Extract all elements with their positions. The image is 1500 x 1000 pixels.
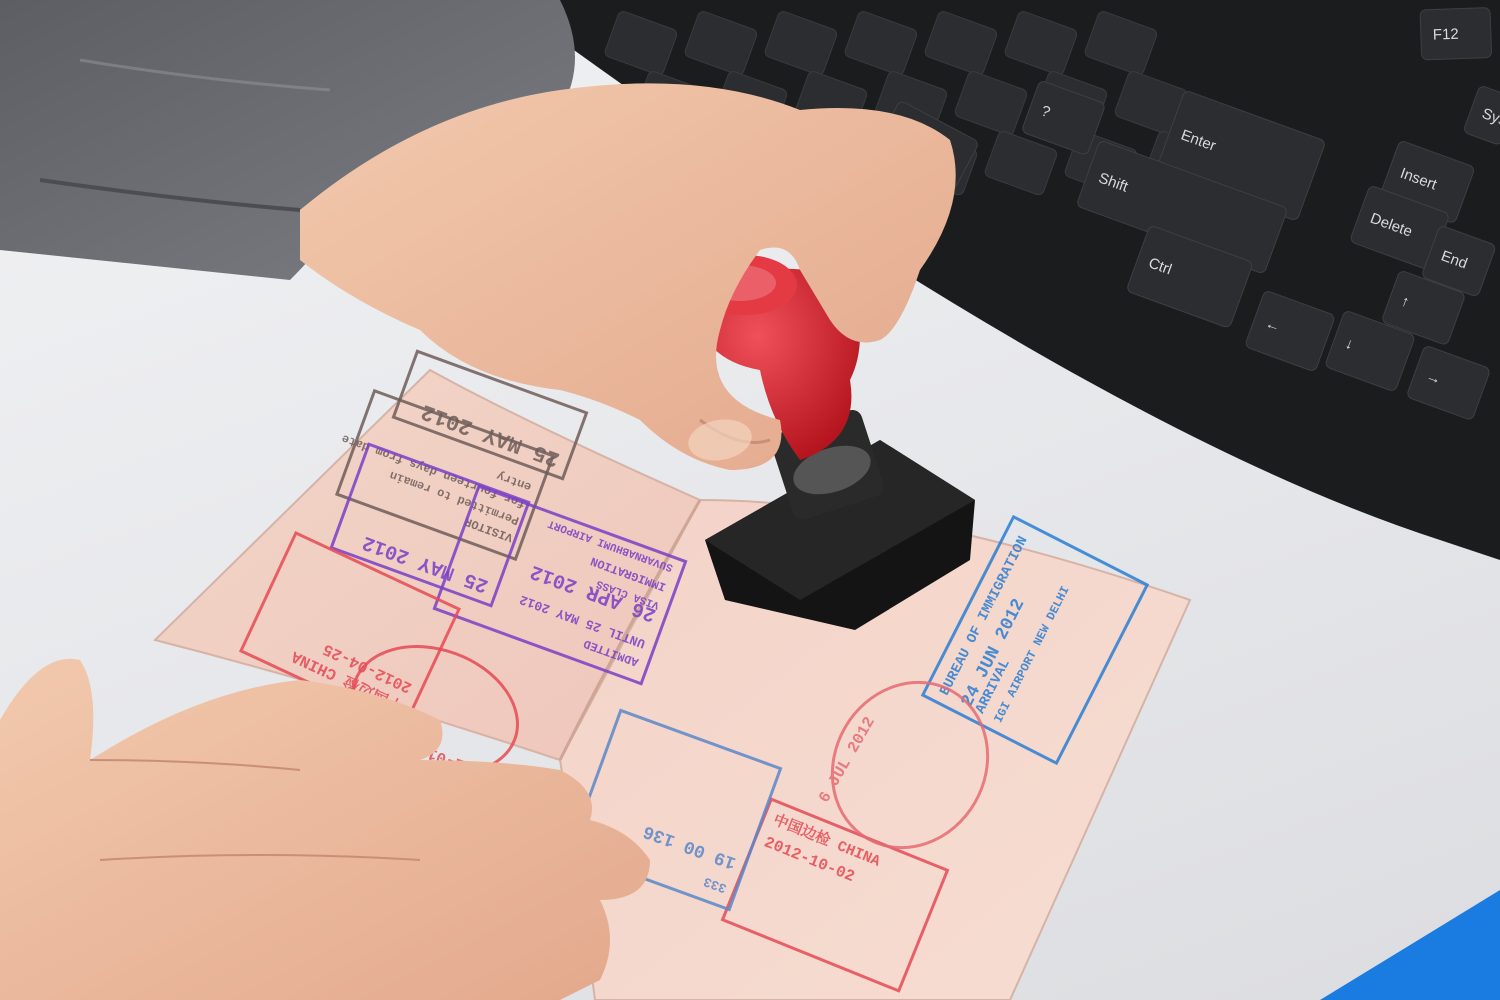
keyboard-key: F12 xyxy=(1420,8,1492,60)
svg-text:F12: F12 xyxy=(1433,26,1459,44)
blue-folder xyxy=(1320,890,1500,1000)
photo-illustration: F12AltEnterShiftCtrlInsertDeleteEndSysRq… xyxy=(0,0,1500,1000)
